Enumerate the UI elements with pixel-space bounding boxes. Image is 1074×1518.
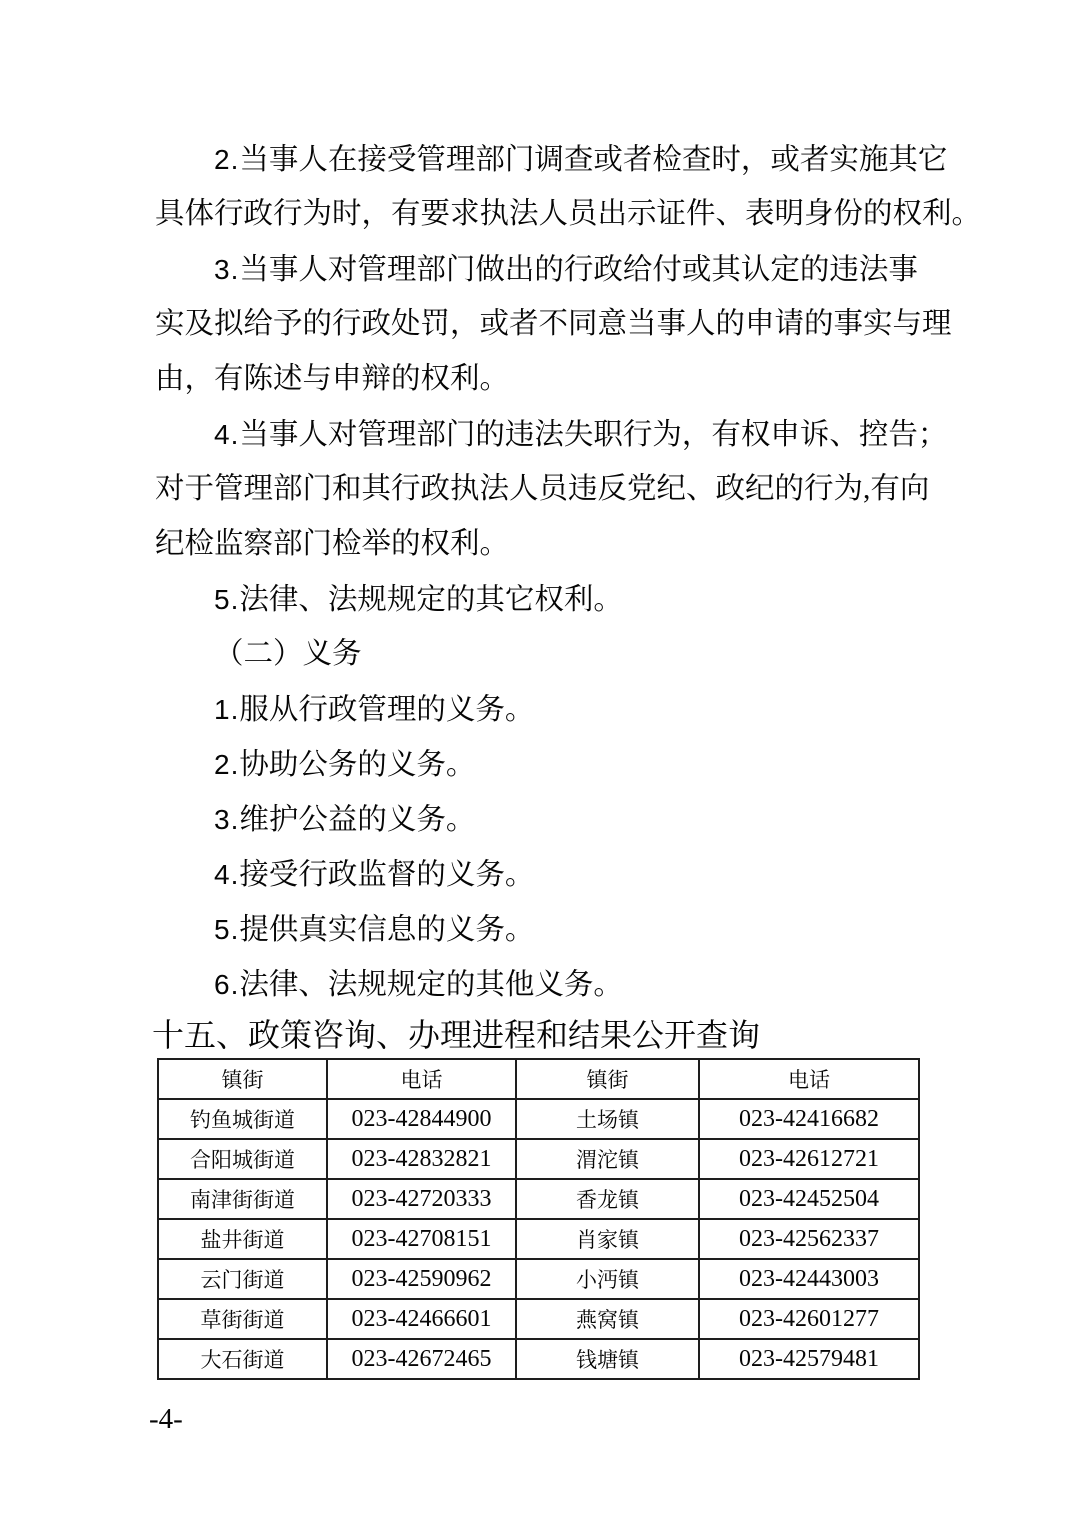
phone-cell: 023-42590962 (327, 1259, 516, 1299)
body-line-text: （二）义务 (214, 638, 362, 670)
table-header-cell: 镇街 (158, 1059, 327, 1099)
body-line: 实及拟给予的行政处罚，或者不同意当事人的申请的事实与理 (155, 297, 974, 352)
phone-cell: 023-42452504 (699, 1179, 919, 1219)
list-number: 5. (214, 914, 239, 945)
phone-cell: 023-42562337 (699, 1219, 919, 1259)
table-header-cell: 镇街 (516, 1059, 699, 1099)
body-line: 由，有陈述与申辩的权利。 (155, 352, 974, 407)
list-number: 2. (214, 144, 239, 175)
phone-cell: 023-42708151 (327, 1219, 516, 1259)
document-content: 2.当事人在接受管理部门调查或者检查时，或者实施其它具体行政行为时，有要求执法人… (0, 0, 1074, 1436)
list-number: 4. (214, 419, 239, 450)
body-line: （二）义务 (155, 627, 974, 682)
body-line-text: 接受行政监督的义务。 (239, 859, 534, 891)
list-number: 2. (214, 749, 239, 780)
body-line: 3.当事人对管理部门做出的行政给付或其认定的违法事 (155, 242, 974, 297)
town-cell: 肖家镇 (516, 1219, 699, 1259)
body-line-text: 当事人在接受管理部门调查或者检查时，或者实施其它 (239, 144, 947, 176)
section-heading: 十五、政策咨询、办理进程和结果公开查询 (152, 1012, 974, 1058)
town-cell: 小沔镇 (516, 1259, 699, 1299)
body-line: 4.当事人对管理部门的违法失职行为，有权申诉、控告； (155, 407, 974, 462)
body-line-text: 具体行政行为时，有要求执法人员出示证件、表明身份的权利。 (155, 198, 981, 230)
town-cell: 云门街道 (158, 1259, 327, 1299)
phone-cell: 023-42832821 (327, 1139, 516, 1179)
document-page: 2.当事人在接受管理部门调查或者检查时，或者实施其它具体行政行为时，有要求执法人… (0, 0, 1074, 1518)
body-line-text: 当事人对管理部门做出的行政给付或其认定的违法事 (239, 254, 918, 286)
town-cell: 合阳城街道 (158, 1139, 327, 1179)
body-line-text: 纪检监察部门检举的权利。 (155, 528, 509, 560)
phone-cell: 023-42601277 (699, 1299, 919, 1339)
town-cell: 盐井街道 (158, 1219, 327, 1259)
list-number: 3. (214, 254, 239, 285)
town-cell: 大石街道 (158, 1339, 327, 1379)
phone-cell: 023-42443003 (699, 1259, 919, 1299)
table-header-cell: 电话 (699, 1059, 919, 1099)
town-cell: 钱塘镇 (516, 1339, 699, 1379)
body-line: 1.服从行政管理的义务。 (155, 682, 974, 737)
table-body: 钓鱼城街道023-42844900土场镇023-42416682合阳城街道023… (158, 1099, 919, 1379)
body-line-text: 服从行政管理的义务。 (239, 694, 534, 726)
town-cell: 香龙镇 (516, 1179, 699, 1219)
page-number: -4- (149, 1402, 974, 1436)
body-line: 具体行政行为时，有要求执法人员出示证件、表明身份的权利。 (155, 187, 974, 242)
body-line: 3.维护公益的义务。 (155, 792, 974, 847)
phone-cell: 023-42416682 (699, 1099, 919, 1139)
body-line-text: 法律、法规规定的其他义务。 (239, 969, 623, 1001)
body-line-text: 提供真实信息的义务。 (239, 914, 534, 946)
town-cell: 燕窝镇 (516, 1299, 699, 1339)
phone-cell: 023-42844900 (327, 1099, 516, 1139)
town-cell: 渭沱镇 (516, 1139, 699, 1179)
town-cell: 土场镇 (516, 1099, 699, 1139)
body-line: 纪检监察部门检举的权利。 (155, 517, 974, 572)
body-line-text: 法律、法规规定的其它权利。 (239, 584, 623, 616)
table-row: 合阳城街道023-42832821渭沱镇023-42612721 (158, 1139, 919, 1179)
table-row: 草街街道023-42466601燕窝镇023-42601277 (158, 1299, 919, 1339)
table-row: 钓鱼城街道023-42844900土场镇023-42416682 (158, 1099, 919, 1139)
body-line-text: 协助公务的义务。 (239, 749, 475, 781)
list-number: 5. (214, 584, 239, 615)
list-number: 1. (214, 694, 239, 725)
contact-table: 镇街电话镇街电话 钓鱼城街道023-42844900土场镇023-4241668… (157, 1058, 920, 1380)
town-cell: 钓鱼城街道 (158, 1099, 327, 1139)
document-body: 2.当事人在接受管理部门调查或者检查时，或者实施其它具体行政行为时，有要求执法人… (155, 132, 974, 1012)
body-line: 4.接受行政监督的义务。 (155, 847, 974, 902)
table-row: 云门街道023-42590962小沔镇023-42443003 (158, 1259, 919, 1299)
phone-cell: 023-42579481 (699, 1339, 919, 1379)
table-row: 盐井街道023-42708151肖家镇023-42562337 (158, 1219, 919, 1259)
body-line-text: 对于管理部门和其行政执法人员违反党纪、政纪的行为,有向 (155, 473, 929, 505)
body-line-text: 由，有陈述与申辩的权利。 (155, 363, 509, 395)
phone-cell: 023-42612721 (699, 1139, 919, 1179)
town-cell: 南津街街道 (158, 1179, 327, 1219)
body-line: 2.协助公务的义务。 (155, 737, 974, 792)
body-line-text: 维护公益的义务。 (239, 804, 475, 836)
table-row: 南津街街道023-42720333香龙镇023-42452504 (158, 1179, 919, 1219)
body-line-text: 实及拟给予的行政处罚，或者不同意当事人的申请的事实与理 (155, 308, 952, 340)
list-number: 3. (214, 804, 239, 835)
table-header-cell: 电话 (327, 1059, 516, 1099)
body-line: 5.提供真实信息的义务。 (155, 902, 974, 957)
body-line: 对于管理部门和其行政执法人员违反党纪、政纪的行为,有向 (155, 462, 974, 517)
list-number: 6. (214, 969, 239, 1000)
body-line-text: 当事人对管理部门的违法失职行为，有权申诉、控告； (239, 419, 947, 451)
phone-cell: 023-42720333 (327, 1179, 516, 1219)
body-line: 5.法律、法规规定的其它权利。 (155, 572, 974, 627)
body-line: 6.法律、法规规定的其他义务。 (155, 957, 974, 1012)
phone-cell: 023-42466601 (327, 1299, 516, 1339)
table-row: 大石街道023-42672465钱塘镇023-42579481 (158, 1339, 919, 1379)
phone-cell: 023-42672465 (327, 1339, 516, 1379)
town-cell: 草街街道 (158, 1299, 327, 1339)
body-line: 2.当事人在接受管理部门调查或者检查时，或者实施其它 (155, 132, 974, 187)
table-header-row: 镇街电话镇街电话 (158, 1059, 919, 1099)
list-number: 4. (214, 859, 239, 890)
